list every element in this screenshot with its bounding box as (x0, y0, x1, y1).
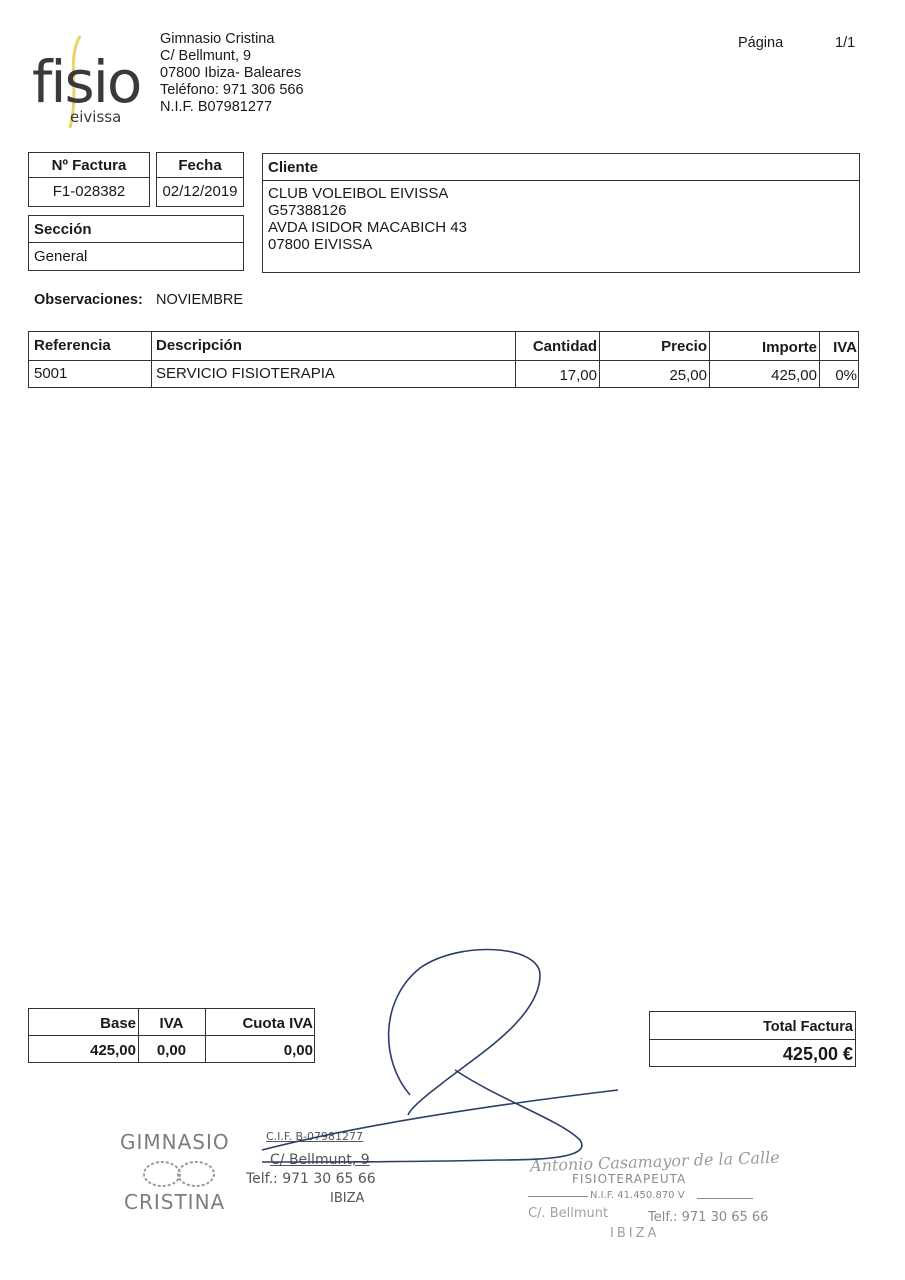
invoice-number-box: Nº Factura F1-028382 (28, 152, 150, 207)
stamp-therapist-city: IBIZA (610, 1226, 659, 1241)
client-address: AVDA ISIDOR MACABICH 43 (268, 219, 467, 236)
divider (29, 1035, 314, 1036)
tax-rate-label: IVA (138, 1015, 205, 1033)
observations-value: NOVIEMBRE (156, 292, 243, 308)
invoice-date-value: 02/12/2019 (157, 183, 243, 201)
divider (29, 177, 149, 178)
stamp-rule (528, 1196, 588, 1197)
stamp-gym-line1: GIMNASIO (120, 1130, 230, 1154)
tax-amount-label: Cuota IVA (205, 1015, 313, 1033)
stamp-gym-emblem-icon (140, 1158, 220, 1190)
stamp-therapist-phone: Telf.: 971 30 65 66 (648, 1210, 768, 1225)
section-value: General (34, 248, 87, 266)
company-address: C/ Bellmunt, 9 (160, 48, 304, 65)
company-nif: N.I.F. B07981277 (160, 99, 304, 116)
divider (29, 242, 243, 243)
row-price: 25,00 (599, 367, 707, 385)
stamp-gym-phone: Telf.: 971 30 65 66 (246, 1171, 376, 1187)
client-city: 07800 EIVISSA (268, 236, 372, 253)
row-vat: 0% (819, 367, 857, 385)
column-divider (151, 332, 152, 387)
client-box: Cliente CLUB VOLEIBOL EIVISSA G57388126 … (262, 153, 860, 273)
client-name: CLUB VOLEIBOL EIVISSA (268, 185, 448, 202)
table-header-divider (29, 360, 858, 361)
row-quantity: 17,00 (515, 367, 597, 385)
stamp-therapist-nif: N.I.F. 41.450.870 V (590, 1190, 685, 1201)
header-vat: IVA (819, 339, 857, 357)
tax-amount-value: 0,00 (205, 1042, 313, 1060)
header-description: Descripción (156, 337, 242, 355)
company-info: Gimnasio Cristina C/ Bellmunt, 9 07800 I… (160, 31, 304, 116)
row-amount: 425,00 (709, 367, 817, 385)
divider (263, 180, 859, 181)
header-quantity: Cantidad (515, 338, 597, 356)
section-box: Sección General (28, 215, 244, 271)
tax-rate-value: 0,00 (138, 1042, 205, 1060)
company-phone: Teléfono: 971 306 566 (160, 82, 304, 99)
total-label: Total Factura (763, 1018, 853, 1036)
company-name: Gimnasio Cristina (160, 31, 304, 48)
stamp-gym-address: C/ Bellmunt, 9 (270, 1152, 370, 1168)
invoice-number-label: Nº Factura (29, 157, 149, 175)
header-reference: Referencia (34, 337, 111, 355)
header-amount: Importe (709, 339, 817, 357)
client-label: Cliente (268, 159, 318, 177)
total-value: 425,00 € (783, 1044, 853, 1064)
logo-sub-text: eivissa (70, 108, 121, 126)
tax-base-value: 425,00 (29, 1042, 136, 1060)
page-number: 1/1 (835, 35, 855, 51)
invoice-number-value: F1-028382 (29, 183, 149, 201)
stamp-rule (697, 1198, 753, 1199)
page-label: Página (738, 35, 783, 51)
header-price: Precio (599, 338, 707, 356)
row-reference: 5001 (34, 365, 67, 383)
tax-base-label: Base (29, 1015, 136, 1033)
client-tax-id: G57388126 (268, 202, 346, 219)
stamp-gym-city: IBIZA (330, 1191, 364, 1206)
invoice-date-box: Fecha 02/12/2019 (156, 152, 244, 207)
line-items-table: Referencia Descripción Cantidad Precio I… (28, 331, 859, 388)
stamp-gym-cif: C.I.F. B-07981277 (266, 1130, 363, 1143)
logo-main-text: fisio (32, 52, 140, 112)
divider (650, 1039, 855, 1040)
section-label: Sección (34, 221, 92, 239)
total-box: Total Factura 425,00 € (649, 1011, 856, 1067)
company-logo: fisio eivissa (30, 32, 140, 132)
stamp-therapist-address: C/. Bellmunt (528, 1206, 608, 1221)
tax-summary-table: Base IVA Cuota IVA 425,00 0,00 0,00 (28, 1008, 315, 1063)
company-city: 07800 Ibiza- Baleares (160, 65, 304, 82)
row-description: SERVICIO FISIOTERAPIA (156, 365, 335, 383)
observations-label: Observaciones: (34, 292, 143, 308)
divider (157, 177, 243, 178)
stamp-therapist-title: FISIOTERAPEUTA (572, 1172, 686, 1186)
invoice-date-label: Fecha (157, 157, 243, 175)
stamp-gym-line2: CRISTINA (124, 1190, 225, 1214)
